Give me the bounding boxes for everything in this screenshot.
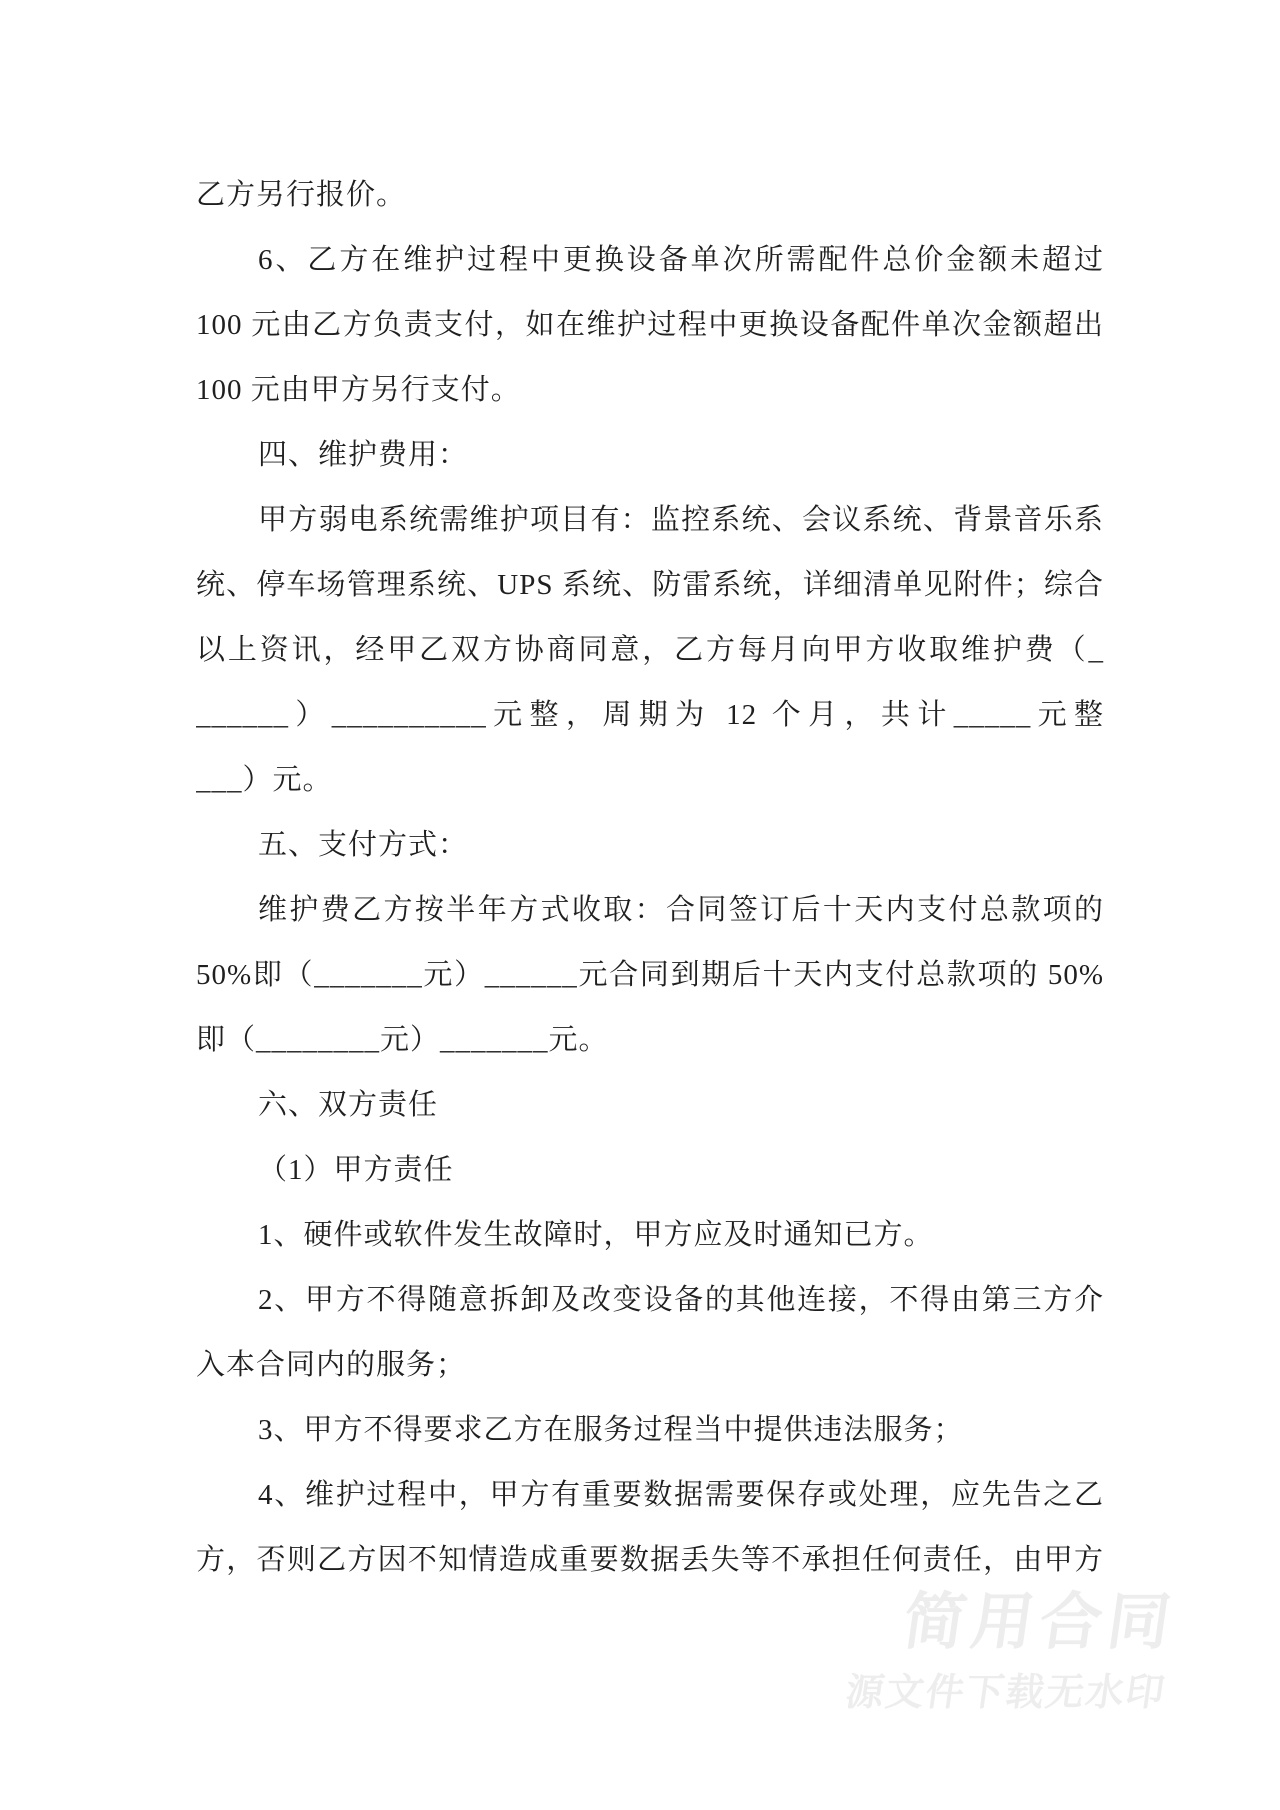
document-line: 六、双方责任 — [196, 1073, 1104, 1138]
document-line: ___）元。 — [196, 748, 1104, 813]
watermark: 简用合同 源文件下载无水印 — [843, 1592, 1180, 1712]
document-line: 100 元由甲方另行支付。 — [196, 358, 1104, 423]
document-line: 维护费乙方按半年方式收取：合同签订后十天内支付总款项的 — [196, 878, 1104, 943]
document-line: 100 元由乙方负责支付，如在维护过程中更换设备配件单次金额超出 — [196, 293, 1104, 358]
document-line: 4、维护过程中，甲方有重要数据需要保存或处理，应先告之乙 — [196, 1463, 1104, 1528]
watermark-subtitle: 源文件下载无水印 — [843, 1674, 1168, 1712]
document-line: 乙方另行报价。 — [196, 163, 1104, 228]
contract-body: 乙方另行报价。6、乙方在维护过程中更换设备单次所需配件总价金额未超过100 元由… — [196, 163, 1104, 1593]
document-line: （1）甲方责任 — [196, 1138, 1104, 1203]
document-line: 甲方弱电系统需维护项目有：监控系统、会议系统、背景音乐系 — [196, 488, 1104, 553]
document-line: 五、支付方式： — [196, 813, 1104, 878]
document-line: 方，否则乙方因不知情造成重要数据丢失等不承担任何责任，由甲方 — [196, 1528, 1104, 1593]
document-line: 四、维护费用： — [196, 423, 1104, 488]
document-line: ______）__________元整，周期为 12 个月，共计_____元整（… — [196, 683, 1104, 748]
contract-document-page: 乙方另行报价。6、乙方在维护过程中更换设备单次所需配件总价金额未超过100 元由… — [0, 0, 1280, 1810]
document-line: 统、停车场管理系统、UPS 系统、防雷系统，详细清单见附件；综合 — [196, 553, 1104, 618]
document-line: 以上资讯，经甲乙双方协商同意，乙方每月向甲方收取维护费（_ — [196, 618, 1104, 683]
watermark-title: 简用合同 — [851, 1592, 1180, 1654]
document-line: 1、硬件或软件发生故障时，甲方应及时通知已方。 — [196, 1203, 1104, 1268]
document-line: 50%即（_______元）______元合同到期后十天内支付总款项的 50% — [196, 943, 1104, 1008]
document-line: 入本合同内的服务； — [196, 1333, 1104, 1398]
document-line: 6、乙方在维护过程中更换设备单次所需配件总价金额未超过 — [196, 228, 1104, 293]
document-line: 2、甲方不得随意拆卸及改变设备的其他连接，不得由第三方介 — [196, 1268, 1104, 1333]
document-line: 3、甲方不得要求乙方在服务过程当中提供违法服务； — [196, 1398, 1104, 1463]
document-line: 即（________元）_______元。 — [196, 1008, 1104, 1073]
